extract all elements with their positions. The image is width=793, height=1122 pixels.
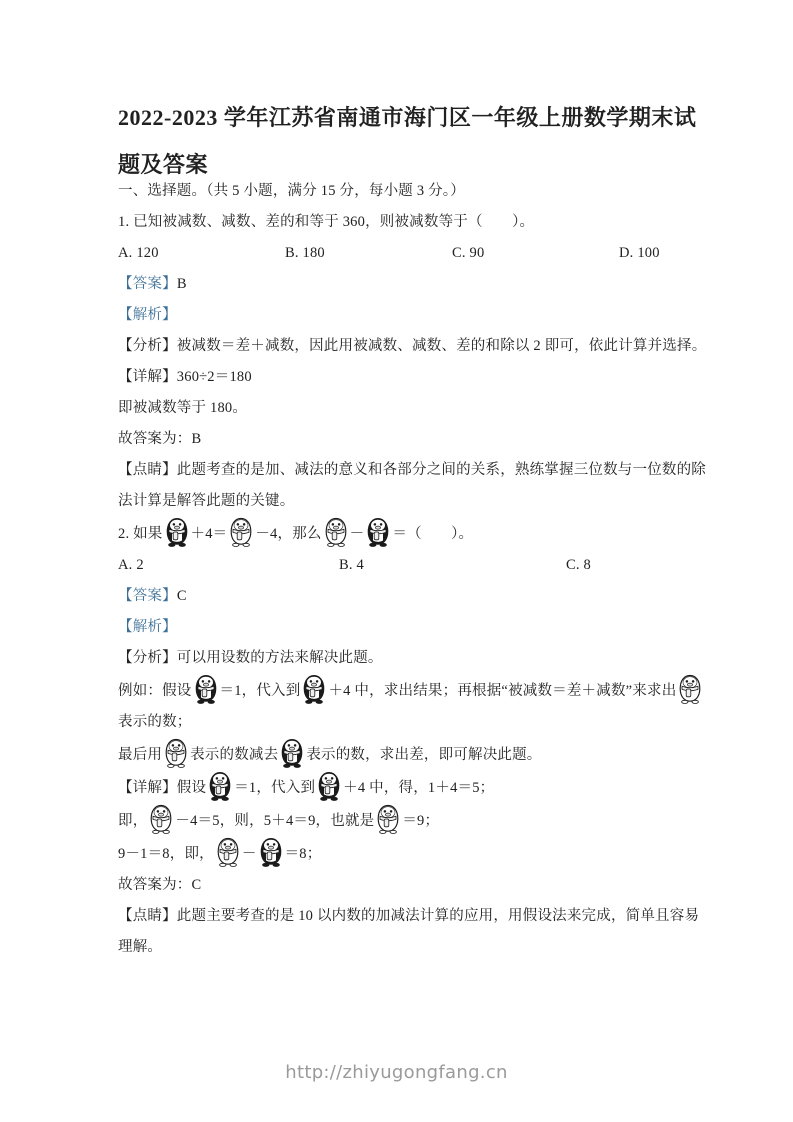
q2-example-line-1: 例如：假设＝1，代入到＋4 中，求出结果；再根据“被减数＝差＋减数”来求出 [118, 674, 682, 707]
q2-answer-line: 【答案】C [118, 581, 682, 612]
section-1-heading: 一、选择题。（共 5 小题，满分 15 分，每小题 3 分。） [118, 176, 682, 207]
q2-step-2: 即，－4＝5，则，5＋4＝9，也就是＝9； [118, 804, 682, 837]
footer-url: http://zhiyugongfang.cn [0, 1062, 793, 1083]
q2-option-c: C. 8 [566, 550, 591, 581]
white-penguin-image [164, 738, 188, 771]
q1-jiexi-label: 【解析】 [118, 300, 682, 331]
q1-answer-label: 【答案】 [118, 276, 177, 292]
white-penguin-image [376, 804, 400, 837]
q1-option-d: D. 100 [619, 238, 786, 269]
q2-option-a: A. 2 [118, 550, 339, 581]
q2-dianjing-line-1: 【点睛】此题主要考查的是 10 以内数的加减法计算的应用，用假设法来完成，简单且… [118, 901, 682, 932]
black-penguin-image [366, 517, 390, 550]
black-penguin-image [302, 674, 326, 707]
white-penguin-image [678, 674, 702, 707]
q1-conclusion-1: 即被减数等于 180。 [118, 393, 682, 424]
white-penguin-image [324, 517, 348, 550]
q2-dianjing-line-2: 理解。 [118, 932, 682, 963]
q2-answer-label: 【答案】 [118, 588, 177, 604]
q1-options-row: A. 120 B. 180 C. 90 D. 100 [118, 238, 682, 269]
q1-fenxi: 【分析】被减数＝差＋减数，因此用被减数、减数、差的和除以 2 即可，依此计算并选… [118, 331, 682, 362]
q1-option-a: A. 120 [118, 238, 285, 269]
q2-conclusion: 故答案为：C [118, 870, 682, 901]
black-penguin-image [317, 771, 341, 804]
q1-conclusion-2: 故答案为：B [118, 424, 682, 455]
black-penguin-image [165, 517, 189, 550]
q1-option-c: C. 90 [452, 238, 619, 269]
q2-step-3: 9－1＝8，即，－＝8； [118, 837, 682, 870]
q2-options-row: A. 2 B. 4 C. 8 [118, 550, 682, 581]
document-content: 2022-2023 学年江苏省南通市海门区一年级上册数学期末试 题及答案 一、选… [118, 0, 682, 963]
document-title: 2022-2023 学年江苏省南通市海门区一年级上册数学期末试 题及答案 [118, 0, 682, 188]
q1-dianjing-line-2: 法计算是解答此题的关键。 [118, 486, 682, 517]
q2-example-line-3: 最后用表示的数减去表示的数，求出差，即可解决此题。 [118, 738, 682, 771]
q1-xiangjie: 【详解】360÷2＝180 [118, 362, 682, 393]
black-penguin-image [280, 738, 304, 771]
white-penguin-image [216, 837, 240, 870]
title-line-1: 2022-2023 学年江苏省南通市海门区一年级上册数学期末试 [118, 94, 682, 141]
q2-xiangjie: 【详解】假设＝1，代入到＋4 中，得，1＋4＝5； [118, 771, 682, 804]
exam-document-page: 2022-2023 学年江苏省南通市海门区一年级上册数学期末试 题及答案 一、选… [0, 0, 793, 1122]
black-penguin-image [194, 674, 218, 707]
question-1: 1. 已知被减数、减数、差的和等于 360，则被减数等于（ ）。 A. 120 … [118, 207, 682, 517]
black-penguin-image [259, 837, 283, 870]
q2-stem: 2. 如果＋4＝－4，那么－＝（ ）。 [118, 517, 682, 550]
black-penguin-image [208, 771, 232, 804]
q2-example-line-2: 表示的数； [118, 707, 682, 738]
q1-stem: 1. 已知被减数、减数、差的和等于 360，则被减数等于（ ）。 [118, 207, 682, 238]
q2-jiexi-label: 【解析】 [118, 612, 682, 643]
q2-option-b: B. 4 [339, 550, 566, 581]
q2-answer-value: C [177, 588, 187, 604]
white-penguin-image [149, 804, 173, 837]
white-penguin-image [229, 517, 253, 550]
q1-answer-line: 【答案】B [118, 269, 682, 300]
q2-fenxi: 【分析】可以用设数的方法来解决此题。 [118, 643, 682, 674]
question-2: 2. 如果＋4＝－4，那么－＝（ ）。 A. 2 B. 4 C. 8 【答案】C… [118, 517, 682, 963]
q1-answer-value: B [177, 276, 187, 292]
q1-option-b: B. 180 [285, 238, 452, 269]
q1-dianjing-line-1: 【点睛】此题考查的是加、减法的意义和各部分之间的关系，熟练掌握三位数与一位数的除 [118, 455, 682, 486]
